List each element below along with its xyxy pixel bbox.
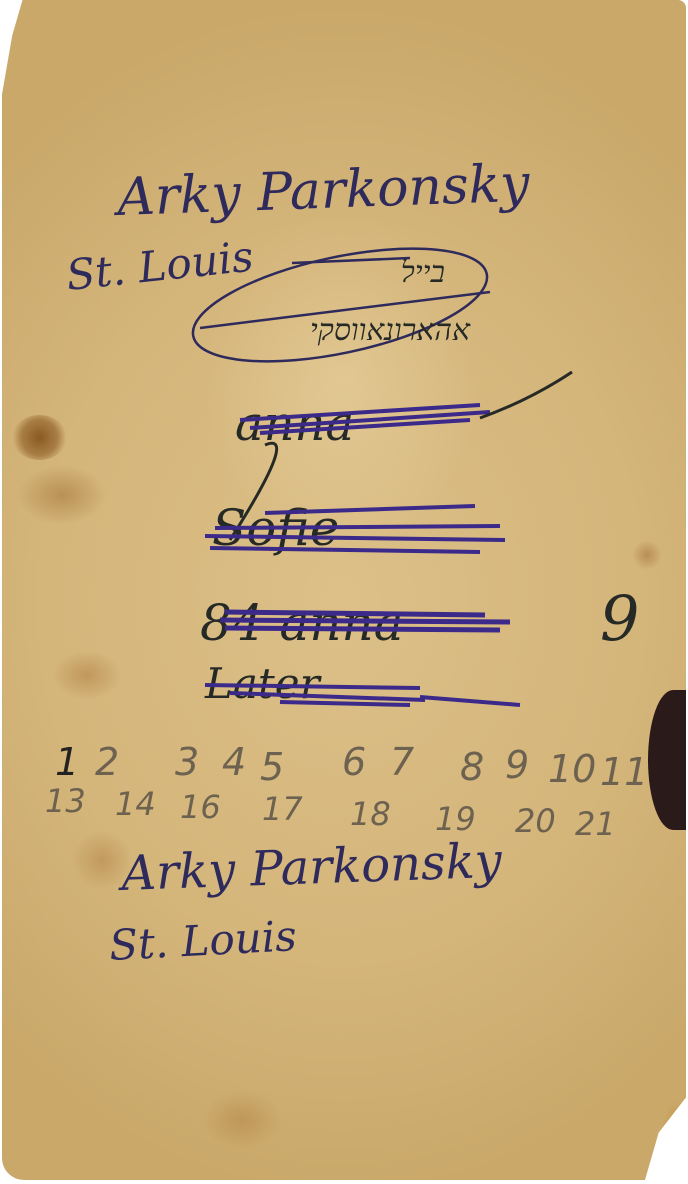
svg-text:18: 18: [350, 795, 391, 833]
svg-text:19: 19: [435, 800, 476, 838]
svg-text:5: 5: [260, 745, 284, 789]
svg-text:9: 9: [505, 743, 529, 787]
svg-text:17: 17: [262, 790, 303, 828]
svg-text:8: 8: [460, 745, 484, 789]
svg-text:7: 7: [390, 740, 414, 784]
tail-stroke: [480, 372, 572, 418]
svg-text:20: 20: [515, 802, 556, 840]
yiddish-line-1: בייל: [401, 255, 445, 290]
top-signature-city: St. Louis: [64, 232, 256, 300]
svg-text:13: 13: [45, 782, 86, 820]
top-signature-name: Arky Parkonsky: [112, 154, 531, 229]
strike-scribble: [220, 612, 510, 630]
svg-text:6: 6: [342, 740, 366, 784]
bottom-signature-name: Arky Parkonsky: [116, 833, 503, 902]
svg-text:1: 1: [55, 740, 79, 784]
svg-text:2: 2: [95, 740, 119, 784]
svg-text:11: 11: [600, 750, 648, 794]
svg-text:10: 10: [548, 747, 596, 791]
yiddish-line-2: אהארונאווסקי: [310, 313, 471, 348]
svg-text:4: 4: [222, 740, 246, 784]
svg-text:14: 14: [115, 785, 156, 823]
bottom-signature-city: St. Louis: [108, 911, 298, 970]
svg-text:21: 21: [575, 805, 616, 843]
pencil-number-row-2: 13 14 16 17 18 19 20 21: [45, 782, 616, 843]
strike-line: [292, 258, 410, 263]
svg-text:16: 16: [180, 788, 221, 826]
handwriting-layer: Arky Parkonsky St. Louis בייל אהארונאווס…: [0, 0, 688, 1184]
side-numeral: 9: [600, 582, 639, 655]
svg-text:3: 3: [175, 740, 199, 784]
